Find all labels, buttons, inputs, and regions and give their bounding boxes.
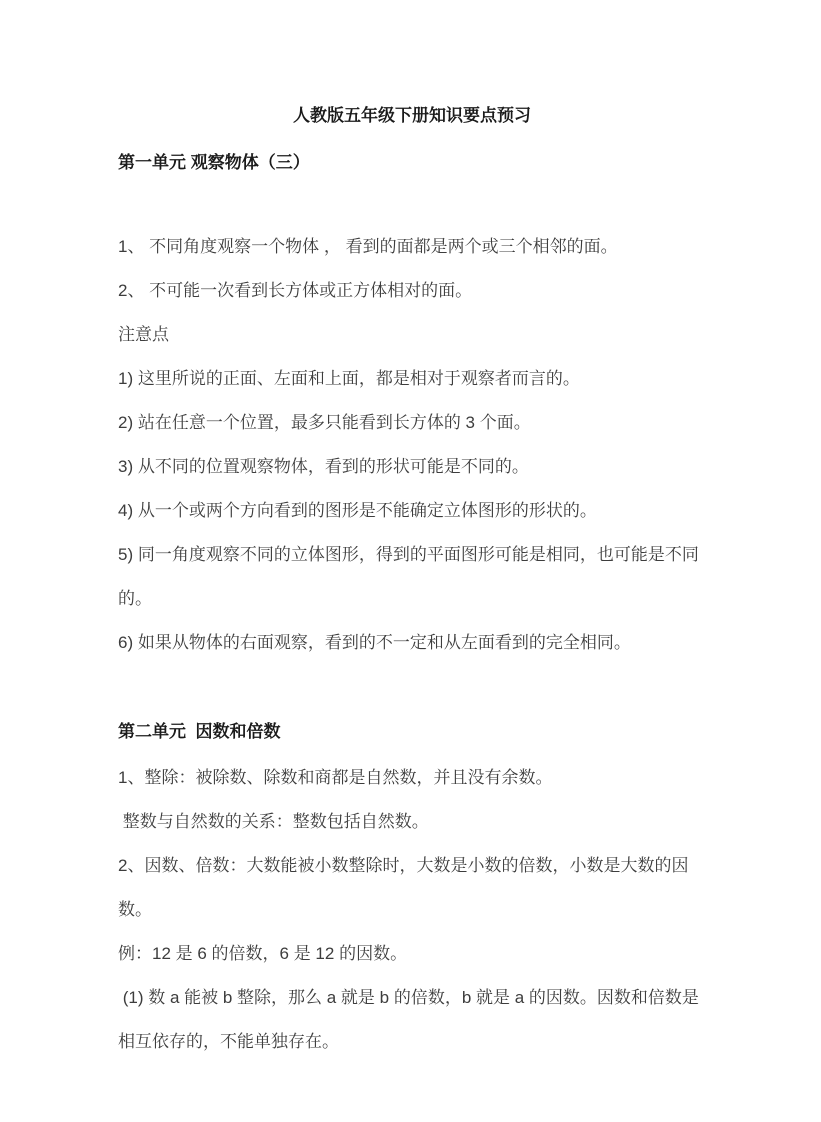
section-2-heading: 第二单元 因数和倍数 [118, 710, 706, 754]
document-title: 人教版五年级下册知识要点预习 [118, 94, 706, 138]
section-2-paragraph-5: (1) 数 a 能被 b 整除，那么 a 就是 b 的倍数，b 就是 a 的因数… [118, 976, 706, 1064]
section-2-paragraph-4: 例：12 是 6 的倍数，6 是 12 的因数。 [118, 932, 706, 976]
section-2-paragraph-2: 整数与自然数的关系：整数包括自然数。 [118, 800, 706, 844]
section-2-paragraph-1: 1、整除：被除数、除数和商都是自然数，并且没有余数。 [118, 756, 706, 800]
section-1-paragraph-6: 3) 从不同的位置观察物体，看到的形状可能是不同的。 [118, 445, 706, 489]
section-1-paragraph-5: 2) 站在任意一个位置，最多只能看到长方体的 3 个面。 [118, 401, 706, 445]
section-1-paragraph-9: 6) 如果从物体的右面观察，看到的不一定和从左面看到的完全相同。 [118, 621, 706, 665]
section-2-paragraph-3: 2、因数、倍数：大数能被小数整除时，大数是小数的倍数，小数是大数的因数。 [118, 844, 706, 932]
section-1-paragraph-8: 5) 同一角度观察不同的立体图形，得到的平面图形可能是相同，也可能是不同的。 [118, 533, 706, 621]
section-1-paragraph-7: 4) 从一个或两个方向看到的图形是不能确定立体图形的形状的。 [118, 489, 706, 533]
document-page: 人教版五年级下册知识要点预习 第一单元 观察物体（三） 1、 不同角度观察一个物… [0, 0, 821, 1122]
section-1-paragraph-4: 1) 这里所说的正面、左面和上面，都是相对于观察者而言的。 [118, 357, 706, 401]
section-1-paragraph-1: 1、 不同角度观察一个物体 ， 看到的面都是两个或三个相邻的面。 [118, 225, 706, 269]
section-1-paragraph-2: 2、 不可能一次看到长方体或正方体相对的面。 [118, 269, 706, 313]
section-1-heading: 第一单元 观察物体（三） [118, 141, 706, 185]
section-1-paragraph-3: 注意点 [118, 313, 706, 357]
document-content: 人教版五年级下册知识要点预习 第一单元 观察物体（三） 1、 不同角度观察一个物… [118, 0, 706, 1064]
